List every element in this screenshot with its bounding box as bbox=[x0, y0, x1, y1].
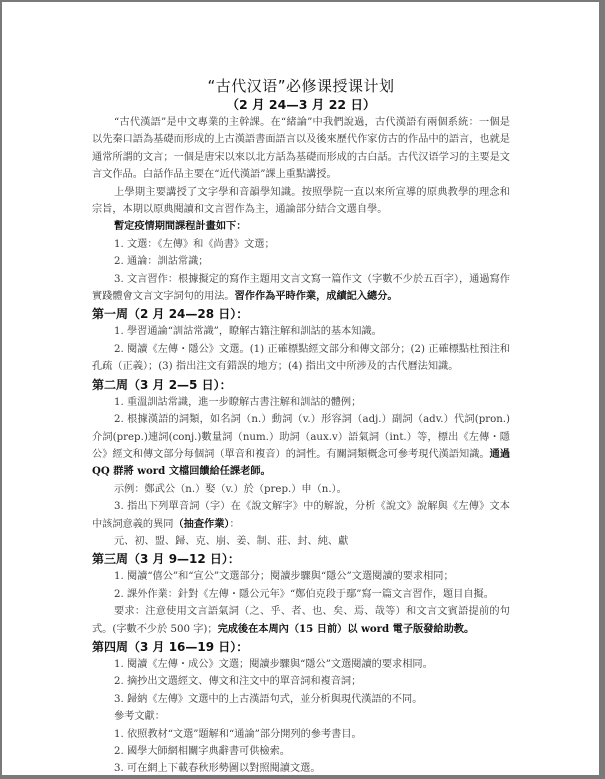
week-1-item-2: 2. 閱讀《左傳・隱公》文選。(1) 正確標點經文部分和傳文部分；(2) 正確標… bbox=[92, 341, 510, 376]
week-2-item-3: 3. 指出下列單音詞（字）在《說文解字》中的解說，分析《說文》說解與《左傳》文本… bbox=[92, 498, 510, 533]
document-content: “古代汉语”必修课授课计划 （2 月 24—3 月 22 日） “古代漢語”是中… bbox=[92, 76, 510, 778]
week-2-item-3-bold: （抽查作業） bbox=[174, 518, 230, 530]
reference-item-3: 3. 可在網上下載春秋形勢圖以對照閱讀文選。 bbox=[92, 760, 510, 777]
intro-paragraph-2: 上學期主要講授了文字學和音韻學知識。按照學院一直以來所宣導的原典教學的理念和宗旨… bbox=[92, 184, 510, 219]
plan-heading: 暫定疫情期間課程計畫如下： bbox=[92, 218, 510, 235]
week-2-item-1: 1. 重溫訓詁常識，進一步瞭解古書注解和訓詁的體例； bbox=[92, 394, 510, 411]
week-4-item-2: 2. 摘抄出文選經文、傳文和注文中的單音詞和複音詞； bbox=[92, 673, 510, 690]
plan-item-3: 3. 文言習作：根據擬定的寫作主題用文言文寫一篇作文（字數不少於五百字），通過寫… bbox=[92, 271, 510, 306]
week-2-item-3-text: 3. 指出下列單音詞（字）在《說文解字》中的解說，分析《說文》說解與《左傳》文本… bbox=[92, 501, 510, 529]
week-3-item-2: 2. 課外作業：針對《左傳・隱公元年》“鄭伯克段于鄢”寫一篇文言習作，題目自擬。 bbox=[92, 586, 510, 603]
references-heading: 參考文獻： bbox=[92, 708, 510, 725]
week-4-item-3: 3. 歸納《左傳》文選中的上古漢語句式，並分析與現代漢語的不同。 bbox=[92, 691, 510, 708]
intro-paragraph-1: “古代漢語”是中文專業的主幹課。在“緒論”中我們說過，古代漢語有兩個系統：一個是… bbox=[92, 114, 510, 184]
week-3-item-1: 1. 閱讀“僖公”和“宣公”文選部分；閱讀步驟與“隱公”文選閱讀的要求相同； bbox=[92, 568, 510, 585]
week-3-heading: 第三周（3 月 9—12 日）： bbox=[92, 550, 510, 568]
week-1-item-1: 1. 學習通論“訓詁常識”，瞭解古籍注解和訓詁的基本知識。 bbox=[92, 323, 510, 340]
week-4-heading: 第四周（3 月 16—19 日）： bbox=[92, 638, 510, 656]
week-2-heading: 第二周（3 月 2—5 日）： bbox=[92, 376, 510, 394]
plan-item-1: 1. 文選：《左傳》和《尚書》文選； bbox=[92, 236, 510, 253]
week-2-example: 示例：鄭武公（n.）娶（v.）於（prep.）申（n.）。 bbox=[92, 481, 510, 498]
reference-item-1: 1. 依照教材“文選”題解和“通論”部分開列的參考書目。 bbox=[92, 726, 510, 743]
week-2-item-2-text: 2. 根據漢語的詞類，如名詞（n.）動詞（v.）形容詞（adj.）副詞（adv.… bbox=[92, 414, 510, 460]
page-title: “古代汉语”必修课授课计划 bbox=[92, 76, 510, 96]
week-4-item-1: 1. 閱讀《左傳・成公》文選；閱讀步驟與“隱公”文選閱讀的要求相同。 bbox=[92, 656, 510, 673]
page-subtitle: （2 月 24—3 月 22 日） bbox=[92, 96, 510, 114]
week-2-item-3-tail: ： bbox=[230, 519, 240, 530]
week-3-requirements: 要求：注意使用文言語氣詞（之、乎、者、也、矣、焉、哉等）和文言文賓語提前的句式。… bbox=[92, 603, 510, 638]
week-2-item-2: 2. 根據漢語的詞類，如名詞（n.）動詞（v.）形容詞（adj.）副詞（adv.… bbox=[92, 411, 510, 481]
week-1-heading: 第一周（2 月 24—28 日）： bbox=[92, 305, 510, 323]
document-page: “古代汉语”必修课授课计划 （2 月 24—3 月 22 日） “古代漢語”是中… bbox=[2, 2, 599, 775]
reference-item-2: 2. 國學大師網相關字典辭書可供檢索。 bbox=[92, 743, 510, 760]
week-3-requirements-bold: 完成後在本周內（15 日前）以 word 電子版發給助教。 bbox=[218, 623, 475, 635]
week-2-word-list: 元、初、盟、歸、克、崩、姜、制、莊、封、純、獻 bbox=[92, 533, 510, 550]
plan-item-3-bold: 習作作為平時作業，成績記入總分。 bbox=[235, 290, 398, 302]
plan-item-2: 2. 通論：訓詁常識； bbox=[92, 253, 510, 270]
